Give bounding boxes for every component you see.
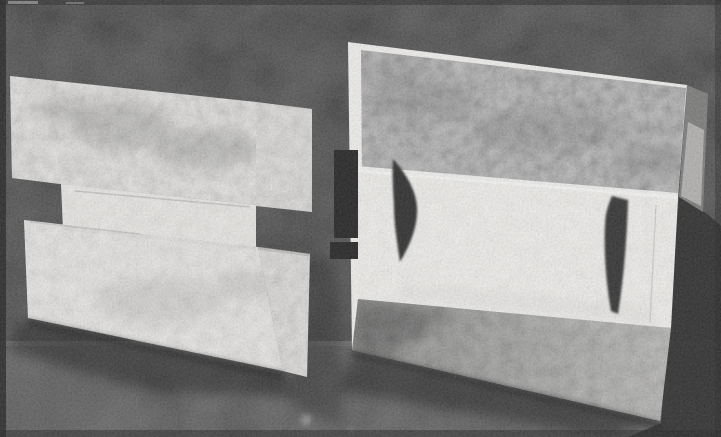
photo-frame <box>0 0 721 437</box>
film-grain-overlay <box>0 0 721 437</box>
photo-two-metal-die-blocks <box>0 0 721 437</box>
